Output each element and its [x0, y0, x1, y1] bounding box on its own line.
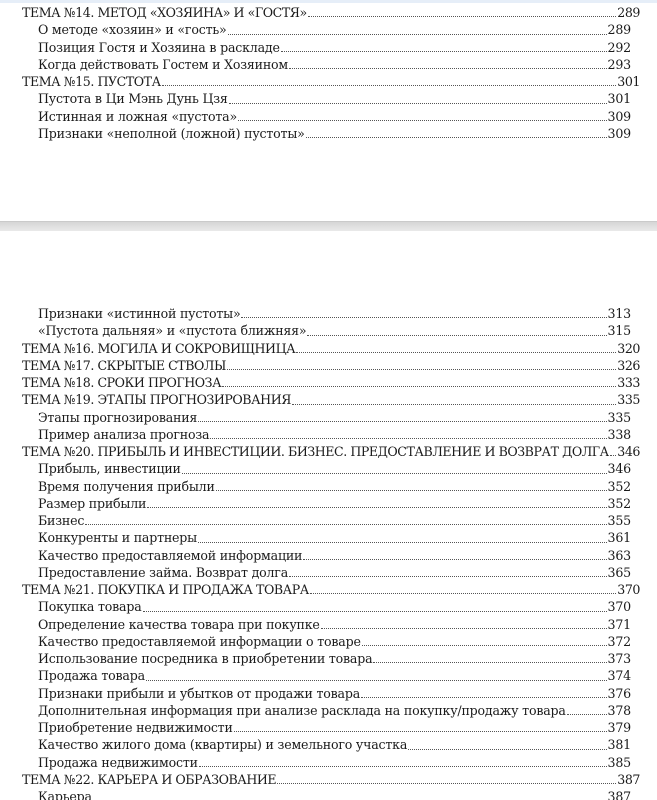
toc-section-entry[interactable]: Качество предоставляемой информации363 — [0, 547, 631, 564]
table-of-contents-page-2: Признаки «истинной пустоты»313«Пустота д… — [0, 305, 657, 800]
toc-page-number: 381 — [608, 736, 631, 753]
toc-entry-title: ТЕМА №16. МОГИЛА И СОКРОВИЩНИЦА — [22, 340, 295, 357]
dot-leader — [408, 749, 606, 750]
toc-entry-title: «Пустота дальняя» и «пустота ближняя» — [38, 322, 306, 339]
toc-entry-title: Бизнес — [38, 512, 84, 529]
toc-section-entry[interactable]: Признаки «истинной пустоты»313 — [0, 305, 631, 322]
toc-section-entry[interactable]: Качество жилого дома (квартиры) и земель… — [0, 736, 631, 753]
document-page-2: Признаки «истинной пустоты»313«Пустота д… — [0, 231, 657, 800]
toc-entry-title: Признаки «неполной (ложной) пустоты» — [38, 125, 305, 142]
toc-page-number: 338 — [608, 426, 631, 443]
toc-chapter-entry[interactable]: ТЕМА №21. ПОКУПКА И ПРОДАЖА ТОВАРА370 — [0, 581, 640, 598]
toc-entry-title: Истинная и ложная «пустота» — [38, 108, 237, 125]
toc-page-number: 370 — [608, 598, 631, 615]
toc-entry-title: Продажа недвижимости — [38, 754, 198, 771]
toc-page-number: 346 — [608, 460, 631, 477]
toc-page-number: 335 — [608, 409, 631, 426]
dot-leader — [308, 16, 617, 17]
table-of-contents-page-1: ТЕМА №14. МЕТОД «ХОЗЯИНА» И «ГОСТЯ»289О … — [0, 4, 657, 142]
dot-leader — [281, 51, 607, 52]
toc-entry-title: Использование посредника в приобретении … — [38, 650, 372, 667]
toc-page-number: 289 — [617, 4, 640, 21]
toc-section-entry[interactable]: Истинная и ложная «пустота»309 — [0, 108, 631, 125]
dot-leader — [162, 85, 617, 86]
toc-section-entry[interactable]: Предоставление займа. Возврат долга365 — [0, 564, 631, 581]
dot-leader — [292, 404, 616, 405]
dot-leader — [210, 438, 606, 439]
toc-chapter-entry[interactable]: ТЕМА №18. СРОКИ ПРОГНОЗА333 — [0, 374, 640, 391]
toc-section-entry[interactable]: Использование посредника в приобретении … — [0, 650, 631, 667]
dot-leader — [199, 766, 607, 767]
toc-entry-title: Карьера — [38, 788, 92, 800]
toc-section-entry[interactable]: Пустота в Ци Мэнь Дунь Цзя301 — [0, 90, 631, 107]
toc-page-number: 289 — [608, 21, 631, 38]
toc-section-entry[interactable]: Бизнес355 — [0, 512, 631, 529]
page-separator — [0, 221, 657, 231]
toc-entry-title: ТЕМА №14. МЕТОД «ХОЗЯИНА» И «ГОСТЯ» — [22, 4, 307, 21]
toc-section-entry[interactable]: Продажа недвижимости385 — [0, 754, 631, 771]
toc-page-number: 363 — [608, 547, 631, 564]
toc-chapter-entry[interactable]: ТЕМА №20. ПРИБЫЛЬ И ИНВЕСТИЦИИ. БИЗНЕС. … — [0, 443, 640, 460]
toc-page-number: 371 — [608, 616, 631, 633]
toc-section-entry[interactable]: О методе «хозяин» и «гость»289 — [0, 21, 631, 38]
toc-entry-title: Позиция Гостя и Хозяина в раскладе — [38, 39, 280, 56]
toc-page-number: 292 — [608, 39, 631, 56]
dot-leader — [198, 542, 607, 543]
toc-page-number: 387 — [608, 788, 631, 800]
toc-page-number: 346 — [617, 443, 640, 460]
toc-entry-title: Пустота в Ци Мэнь Дунь Цзя — [38, 90, 228, 107]
toc-page-number: 335 — [617, 391, 640, 408]
toc-page-number: 379 — [608, 719, 631, 736]
dot-leader — [610, 455, 617, 456]
toc-entry-title: Конкуренты и партнеры — [38, 529, 197, 546]
toc-entry-title: Когда действовать Гостем и Хозяином — [38, 56, 288, 73]
toc-chapter-entry[interactable]: ТЕМА №19. ЭТАПЫ ПРОГНОЗИРОВАНИЯ335 — [0, 391, 640, 408]
dot-leader — [222, 386, 616, 387]
toc-page-number: 378 — [608, 702, 631, 719]
toc-entry-title: ТЕМА №15. ПУСТОТА — [22, 73, 161, 90]
toc-entry-title: ТЕМА №20. ПРИБЫЛЬ И ИНВЕСТИЦИИ. БИЗНЕС. … — [22, 443, 609, 460]
toc-entry-title: Признаки «истинной пустоты» — [38, 305, 240, 322]
toc-page-number: 352 — [608, 478, 631, 495]
toc-entry-title: ТЕМА №21. ПОКУПКА И ПРОДАЖА ТОВАРА — [22, 581, 309, 598]
toc-page-number: 372 — [608, 633, 631, 650]
document-page-1: ТЕМА №14. МЕТОД «ХОЗЯИНА» И «ГОСТЯ»289О … — [0, 3, 657, 221]
dot-leader — [567, 714, 607, 715]
toc-page-number: 315 — [608, 322, 631, 339]
dot-leader — [373, 662, 606, 663]
dot-leader — [143, 611, 607, 612]
toc-section-entry[interactable]: Признаки «неполной (ложной) пустоты»309 — [0, 125, 631, 142]
toc-section-entry[interactable]: Качество предоставляемой информации о то… — [0, 633, 631, 650]
toc-entry-title: Качество предоставляемой информации — [38, 547, 302, 564]
toc-section-entry[interactable]: Карьера387 — [0, 788, 631, 800]
toc-section-entry[interactable]: Конкуренты и партнеры361 — [0, 529, 631, 546]
toc-chapter-entry[interactable]: ТЕМА №16. МОГИЛА И СОКРОВИЩНИЦА320 — [0, 340, 640, 357]
dot-leader — [289, 576, 607, 577]
dot-leader — [182, 473, 607, 474]
toc-entry-title: Пример анализа прогноза — [38, 426, 209, 443]
toc-entry-title: Этапы прогнозирования — [38, 409, 197, 426]
dot-leader — [306, 137, 607, 138]
toc-section-entry[interactable]: Когда действовать Гостем и Хозяином293 — [0, 56, 631, 73]
dot-leader — [216, 490, 607, 491]
toc-page-number: 361 — [608, 529, 631, 546]
toc-entry-title: Признаки прибыли и убытков от продажи то… — [38, 685, 360, 702]
toc-page-number: 365 — [608, 564, 631, 581]
toc-page-number: 373 — [608, 650, 631, 667]
dot-leader — [229, 103, 607, 104]
toc-entry-title: Размер прибыли — [38, 495, 146, 512]
toc-entry-title: ТЕМА №17. СКРЫТЫЕ СТВОЛЫ — [22, 357, 226, 374]
dot-leader — [361, 697, 607, 698]
toc-entry-title: Дополнительная информация при анализе ра… — [38, 702, 566, 719]
toc-page-number: 313 — [608, 305, 631, 322]
toc-page-number: 301 — [608, 90, 631, 107]
dot-leader — [277, 783, 616, 784]
toc-section-entry[interactable]: Прибыль, инвестиции346 — [0, 460, 631, 477]
dot-leader — [85, 524, 606, 525]
dot-leader — [147, 507, 606, 508]
toc-entry-title: О методе «хозяин» и «гость» — [38, 21, 227, 38]
toc-entry-title: Покупка товара — [38, 598, 142, 615]
dot-leader — [227, 369, 616, 370]
dot-leader — [241, 317, 606, 318]
toc-entry-title: Прибыль, инвестиции — [38, 460, 181, 477]
toc-page-number: 385 — [608, 754, 631, 771]
dot-leader — [289, 68, 607, 69]
toc-chapter-entry[interactable]: ТЕМА №14. МЕТОД «ХОЗЯИНА» И «ГОСТЯ»289 — [0, 4, 640, 21]
dot-leader — [303, 559, 606, 560]
toc-section-entry[interactable]: Покупка товара370 — [0, 598, 631, 615]
toc-section-entry[interactable]: Пример анализа прогноза338 — [0, 426, 631, 443]
toc-section-entry[interactable]: Признаки прибыли и убытков от продажи то… — [0, 685, 631, 702]
toc-page-number: 376 — [608, 685, 631, 702]
toc-page-number: 301 — [617, 73, 640, 90]
toc-section-entry[interactable]: Продажа товара374 — [0, 667, 631, 684]
toc-section-entry[interactable]: «Пустота дальняя» и «пустота ближняя»315 — [0, 322, 631, 339]
dot-leader — [146, 680, 607, 681]
toc-section-entry[interactable]: Этапы прогнозирования335 — [0, 409, 631, 426]
toc-chapter-entry[interactable]: ТЕМА №15. ПУСТОТА301 — [0, 73, 640, 90]
toc-section-entry[interactable]: Дополнительная информация при анализе ра… — [0, 702, 631, 719]
dot-leader — [362, 645, 607, 646]
toc-page-number: 320 — [617, 340, 640, 357]
dot-leader — [310, 593, 616, 594]
toc-section-entry[interactable]: Время получения прибыли352 — [0, 478, 631, 495]
toc-entry-title: ТЕМА №19. ЭТАПЫ ПРОГНОЗИРОВАНИЯ — [22, 391, 291, 408]
toc-entry-title: ТЕМА №18. СРОКИ ПРОГНОЗА — [22, 374, 221, 391]
dot-leader — [321, 628, 607, 629]
dot-leader — [238, 120, 607, 121]
toc-page-number: 370 — [617, 581, 640, 598]
toc-page-number: 309 — [608, 108, 631, 125]
toc-page-number: 333 — [617, 374, 640, 391]
dot-leader — [296, 352, 616, 353]
toc-entry-title: Качество жилого дома (квартиры) и земель… — [38, 736, 407, 753]
toc-entry-title: ТЕМА №22. КАРЬЕРА И ОБРАЗОВАНИЕ — [22, 771, 276, 788]
toc-entry-title: Предоставление займа. Возврат долга — [38, 564, 288, 581]
toc-page-number: 326 — [617, 357, 640, 374]
toc-section-entry[interactable]: Размер прибыли352 — [0, 495, 631, 512]
toc-entry-title: Время получения прибыли — [38, 478, 215, 495]
toc-entry-title: Приобретение недвижимости — [38, 719, 233, 736]
toc-page-number: 309 — [608, 125, 631, 142]
toc-entry-title: Продажа товара — [38, 667, 145, 684]
toc-page-number: 293 — [608, 56, 631, 73]
toc-section-entry[interactable]: Позиция Гостя и Хозяина в раскладе292 — [0, 39, 631, 56]
toc-chapter-entry[interactable]: ТЕМА №17. СКРЫТЫЕ СТВОЛЫ326 — [0, 357, 640, 374]
dot-leader — [307, 335, 606, 336]
dot-leader — [234, 731, 607, 732]
toc-page-number: 374 — [608, 667, 631, 684]
toc-section-entry[interactable]: Определение качества товара при покупке3… — [0, 616, 631, 633]
toc-entry-title: Качество предоставляемой информации о то… — [38, 633, 361, 650]
toc-chapter-entry[interactable]: ТЕМА №22. КАРЬЕРА И ОБРАЗОВАНИЕ387 — [0, 771, 640, 788]
dot-leader — [198, 421, 606, 422]
toc-page-number: 352 — [608, 495, 631, 512]
toc-page-number: 355 — [608, 512, 631, 529]
toc-section-entry[interactable]: Приобретение недвижимости379 — [0, 719, 631, 736]
dot-leader — [228, 34, 607, 35]
toc-page-number: 387 — [617, 771, 640, 788]
toc-entry-title: Определение качества товара при покупке — [38, 616, 320, 633]
